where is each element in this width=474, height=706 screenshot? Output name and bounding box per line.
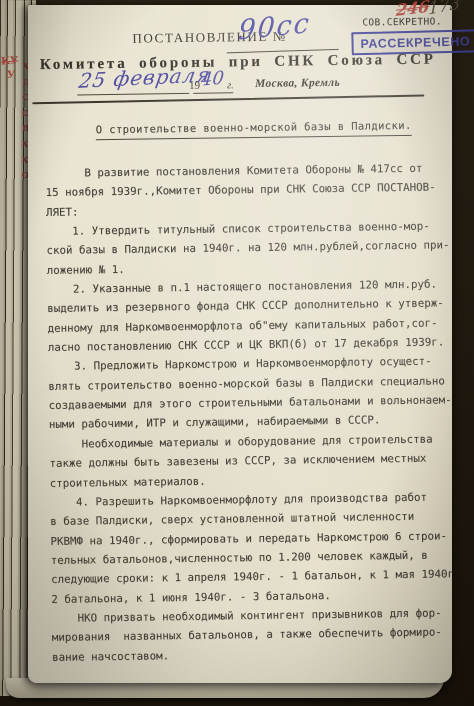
margin-mark-crossed: КУ — [1, 55, 19, 67]
document-title: О строительстве военно-морской базы в Па… — [96, 120, 412, 140]
year-printed-prefix: 19 — [189, 80, 200, 92]
document-page: ПОСТАНОВЛЕНИЕ № 90сс СОВ.СЕКРЕТНО. 246 1… — [28, 5, 452, 683]
place-label: Москва, Кремль — [255, 77, 340, 90]
header-rule — [32, 94, 424, 104]
year-suffix-label: г. — [227, 80, 234, 91]
document-body: В развитие постановления Комитета Оборон… — [45, 158, 454, 667]
date-underline — [77, 93, 189, 96]
doc-number-handwritten: 90сс — [237, 8, 312, 47]
margin-mark: У — [7, 70, 15, 81]
page-number-pencil: 173 — [428, 0, 460, 20]
page-content: ПОСТАНОВЛЕНИЕ № 90сс СОВ.СЕКРЕТНО. 246 1… — [28, 0, 461, 683]
year-handwritten: 40 — [200, 68, 225, 91]
document-photo: КУ У Х.1.П.1.С.1.С.1.В.1.Х.1.Х.1.О.1. ПО… — [0, 0, 474, 706]
year-underline — [193, 92, 233, 94]
